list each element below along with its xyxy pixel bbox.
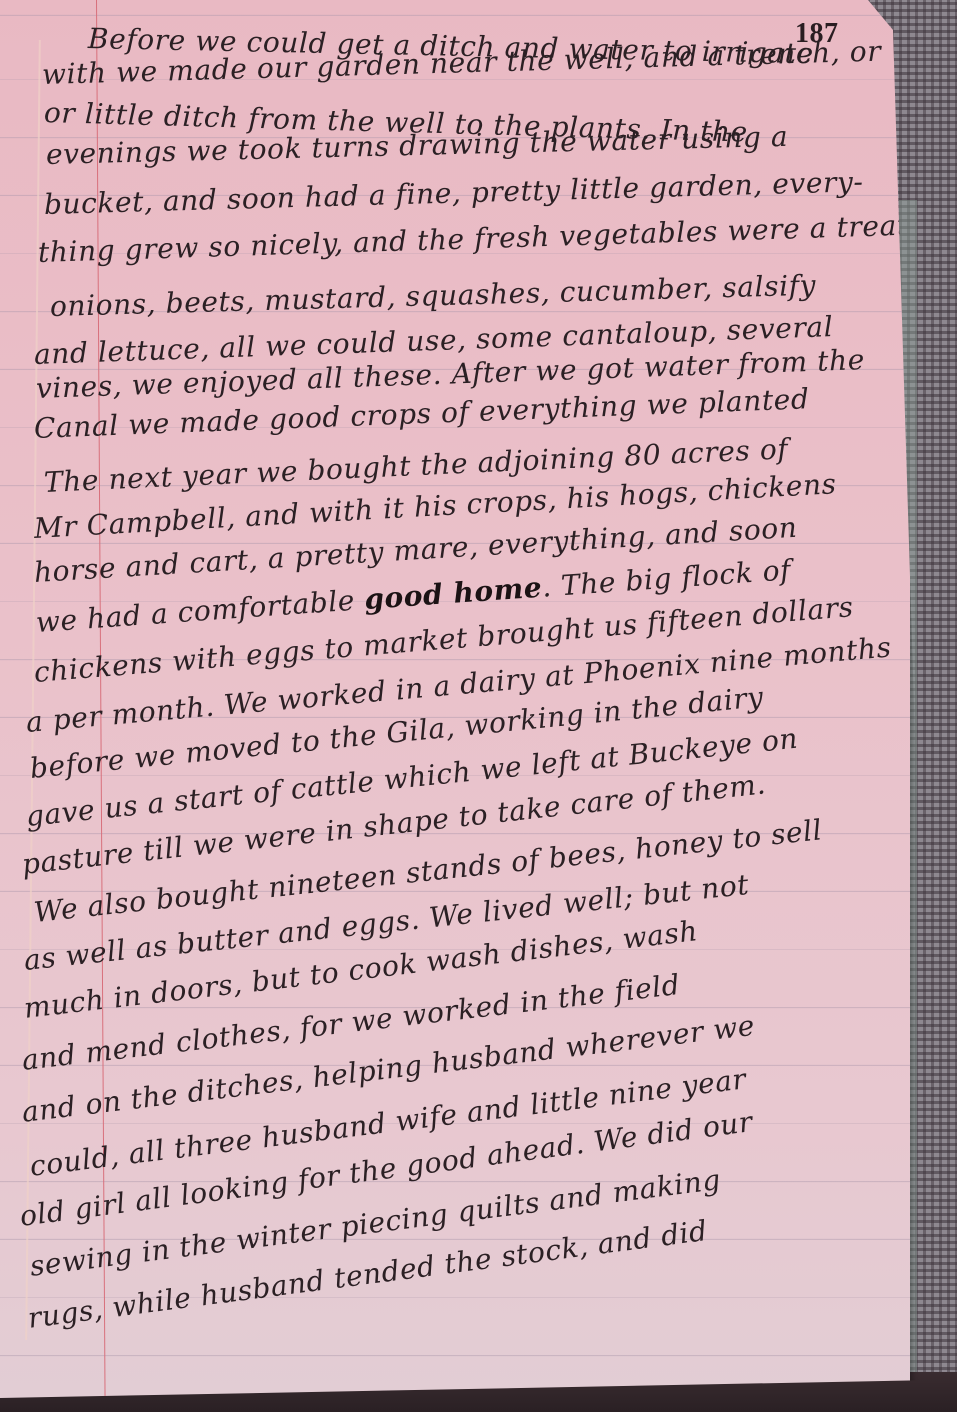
- notebook-page: 187 Before we could get a ditch and wate…: [0, 0, 910, 1398]
- photo-scene: 187 Before we could get a ditch and wate…: [0, 0, 957, 1412]
- handwritten-text: Before we could get a ditch and water to…: [0, 0, 910, 1398]
- emphasized-text: good home: [363, 571, 543, 616]
- text-line: bucket, and soon had a fine, pretty litt…: [44, 165, 864, 221]
